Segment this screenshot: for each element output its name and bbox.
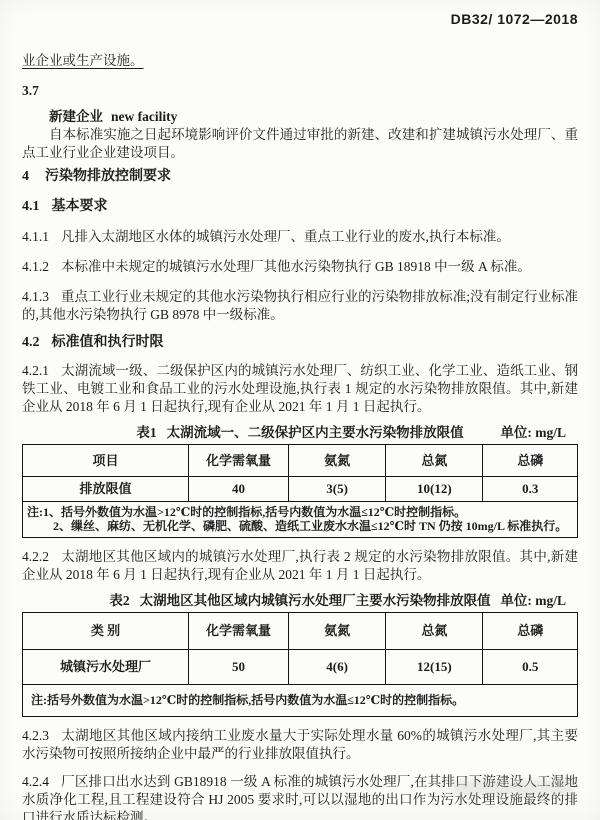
section-4-number: 4 bbox=[22, 168, 29, 186]
table2-header-ammonia: 氨氮 bbox=[288, 613, 385, 650]
table1-title: 太湖流域一、二级保护区内主要水污染物排放限值 bbox=[167, 425, 464, 440]
section-4-1-heading: 4.1基本要求 bbox=[22, 198, 578, 216]
table2-note-row: 注:括号外数值为水温>12℃时的控制指标,括号内数值为水温≤12℃时的控制指标。 bbox=[23, 685, 578, 717]
table2-ammonia-value: 4(6) bbox=[288, 650, 385, 685]
table2-title: 太湖地区其他区域内城镇污水处理厂主要水污染物排放限值 bbox=[140, 593, 491, 608]
clause-4-1-2-number: 4.1.2 bbox=[22, 258, 49, 276]
table1-caption: 表1太湖流域一、二级保护区内主要水污染物排放限值 单位: mg/L bbox=[22, 424, 578, 442]
table2-unit: 单位: mg/L bbox=[500, 592, 566, 610]
table2-label: 表2 bbox=[109, 593, 129, 608]
table1-header-item: 项目 bbox=[23, 445, 189, 477]
table1-label: 表1 bbox=[136, 425, 156, 440]
table1-header-cod: 化学需氧量 bbox=[189, 445, 289, 477]
section-4-1-number: 4.1 bbox=[22, 198, 40, 216]
table1: 项目 化学需氧量 氨氮 总氮 总磷 排放限值 40 3(5) 10(12) 0.… bbox=[22, 444, 578, 538]
table1-header-total-nitrogen: 总氮 bbox=[386, 445, 483, 477]
clause-4-2-2-text: 太湖地区其他区域内的城镇污水处理厂,执行表 2 规定的水污染物排放限值。其中,新… bbox=[22, 549, 578, 582]
term-line: 新建企业new facility bbox=[49, 108, 578, 126]
table1-header-row: 项目 化学需氧量 氨氮 总氮 总磷 bbox=[23, 445, 578, 477]
clause-4-2-4-text: 厂区排口出水达到 GB18918 一级 A 标准的城镇污水处理厂,在其排口下游建… bbox=[22, 774, 578, 820]
clause-4-2-3-text: 太湖地区其他区域内接纳工业废水量大于实际处理水量 60%的城镇污水处理厂,其主要… bbox=[22, 728, 578, 761]
clause-4-2-3-number: 4.2.3 bbox=[22, 727, 49, 745]
table1-header-total-phosphorus: 总磷 bbox=[483, 445, 578, 477]
table1-notes: 注:1、括号外数值为水温>12℃时的控制指标,括号内数值为水温≤12℃时控制指标… bbox=[23, 502, 578, 538]
table2-data-row: 城镇污水处理厂 50 4(6) 12(15) 0.5 bbox=[23, 650, 578, 685]
table1-note-2: 2、缫丝、麻纺、无机化学、磷肥、硫酸、造纸工业废水水温≤12℃时 TN 仍按 1… bbox=[53, 519, 573, 533]
table1-cod-value: 40 bbox=[189, 477, 289, 502]
table2: 类 别 化学需氧量 氨氮 总氮 总磷 城镇污水处理厂 50 4(6) 12(15… bbox=[22, 612, 578, 717]
table2-header-total-phosphorus: 总磷 bbox=[483, 613, 578, 650]
table2-header-total-nitrogen: 总氮 bbox=[386, 613, 483, 650]
section-4-2-heading: 4.2标准值和执行时限 bbox=[22, 334, 578, 352]
clause-4-2-3: 4.2.3太湖地区其他区域内接纳工业废水量大于实际处理水量 60%的城镇污水处理… bbox=[22, 727, 578, 763]
carryover-text: 业企业或生产设施。 bbox=[22, 53, 144, 68]
table1-data-row: 排放限值 40 3(5) 10(12) 0.3 bbox=[23, 477, 578, 502]
term-english: new facility bbox=[111, 109, 177, 124]
table2-header-cod: 化学需氧量 bbox=[189, 613, 289, 650]
clause-4-2-1: 4.2.1太湖流域一级、二级保护区内的城镇污水处理厂、纺织工业、化学工业、造纸工… bbox=[22, 362, 578, 416]
table1-total-phosphorus-value: 0.3 bbox=[483, 477, 578, 502]
clause-4-1-1: 4.1.1凡排入太湖地区水体的城镇污水处理厂、重点工业行业的废水,执行本标准。 bbox=[22, 228, 578, 246]
table2-header-category: 类 别 bbox=[23, 613, 189, 650]
section-4-1-title: 基本要求 bbox=[52, 199, 108, 214]
table1-total-nitrogen-value: 10(12) bbox=[386, 477, 483, 502]
term-chinese: 新建企业 bbox=[49, 109, 103, 124]
table1-note-row: 注:1、括号外数值为水温>12℃时的控制指标,括号内数值为水温≤12℃时控制指标… bbox=[23, 502, 578, 538]
clause-4-1-3-number: 4.1.3 bbox=[22, 288, 49, 306]
table2-row-label: 城镇污水处理厂 bbox=[23, 650, 189, 685]
term-definition: 自本标准实施之日起环境影响评价文件通过审批的新建、改建和扩建城镇污水处理厂、重点… bbox=[22, 126, 578, 162]
clause-4-1-2: 4.1.2本标准中未规定的城镇污水处理厂其他水污染物执行 GB 18918 中一… bbox=[22, 258, 578, 276]
table1-ammonia-value: 3(5) bbox=[288, 477, 385, 502]
clause-4-1-2-text: 本标准中未规定的城镇污水处理厂其他水污染物执行 GB 18918 中一级 A 标… bbox=[61, 259, 531, 274]
clause-4-2-2: 4.2.2太湖地区其他区域内的城镇污水处理厂,执行表 2 规定的水污染物排放限值… bbox=[22, 548, 578, 584]
clause-4-1-1-text: 凡排入太湖地区水体的城镇污水处理厂、重点工业行业的废水,执行本标准。 bbox=[61, 229, 510, 244]
doc-number: DB32/ 1072—2018 bbox=[22, 10, 578, 28]
table2-notes: 注:括号外数值为水温>12℃时的控制指标,括号内数值为水温≤12℃时的控制指标。 bbox=[23, 685, 578, 717]
table2-header-row: 类 别 化学需氧量 氨氮 总氮 总磷 bbox=[23, 613, 578, 650]
table2-total-phosphorus-value: 0.5 bbox=[483, 650, 578, 685]
section-4-2-title: 标准值和执行时限 bbox=[52, 335, 164, 350]
table1-header-ammonia: 氨氮 bbox=[288, 445, 385, 477]
table1-note-1: 注:1、括号外数值为水温>12℃时的控制指标,括号内数值为水温≤12℃时控制指标… bbox=[27, 505, 573, 519]
document-page: DB32/ 1072—2018 业企业或生产设施。 3.7 新建企业new fa… bbox=[0, 0, 600, 820]
clause-4-1-1-number: 4.1.1 bbox=[22, 228, 49, 246]
clause-3-7-number: 3.7 bbox=[22, 82, 578, 100]
clause-4-2-1-text: 太湖流域一级、二级保护区内的城镇污水处理厂、纺织工业、化学工业、造纸工业、钢铁工… bbox=[22, 363, 578, 414]
table1-row-label: 排放限值 bbox=[23, 477, 189, 502]
section-4-2-number: 4.2 bbox=[22, 334, 40, 352]
table2-cod-value: 50 bbox=[189, 650, 289, 685]
carryover-paragraph: 业企业或生产设施。 bbox=[22, 52, 578, 70]
clause-4-2-1-number: 4.2.1 bbox=[22, 362, 49, 380]
table2-note: 注:括号外数值为水温>12℃时的控制指标,括号内数值为水温≤12℃时的控制指标。 bbox=[31, 693, 571, 707]
clause-4-2-4: 4.2.4厂区排口出水达到 GB18918 一级 A 标准的城镇污水处理厂,在其… bbox=[22, 773, 578, 820]
clause-4-2-4-number: 4.2.4 bbox=[22, 773, 49, 791]
clause-4-2-2-number: 4.2.2 bbox=[22, 548, 49, 566]
table2-caption: 表2太湖地区其他区域内城镇污水处理厂主要水污染物排放限值 单位: mg/L bbox=[22, 592, 578, 610]
clause-4-1-3: 4.1.3重点工业行业未规定的其他水污染物执行相应行业的污染物排放标准;没有制定… bbox=[22, 288, 578, 324]
table2-total-nitrogen-value: 12(15) bbox=[386, 650, 483, 685]
table1-unit: 单位: mg/L bbox=[500, 424, 566, 442]
section-4-title: 污染物排放控制要求 bbox=[45, 169, 171, 184]
clause-4-1-3-text: 重点工业行业未规定的其他水污染物执行相应行业的污染物排放标准;没有制定行业标准的… bbox=[22, 289, 578, 322]
section-4-heading: 4污染物排放控制要求 bbox=[22, 168, 578, 186]
